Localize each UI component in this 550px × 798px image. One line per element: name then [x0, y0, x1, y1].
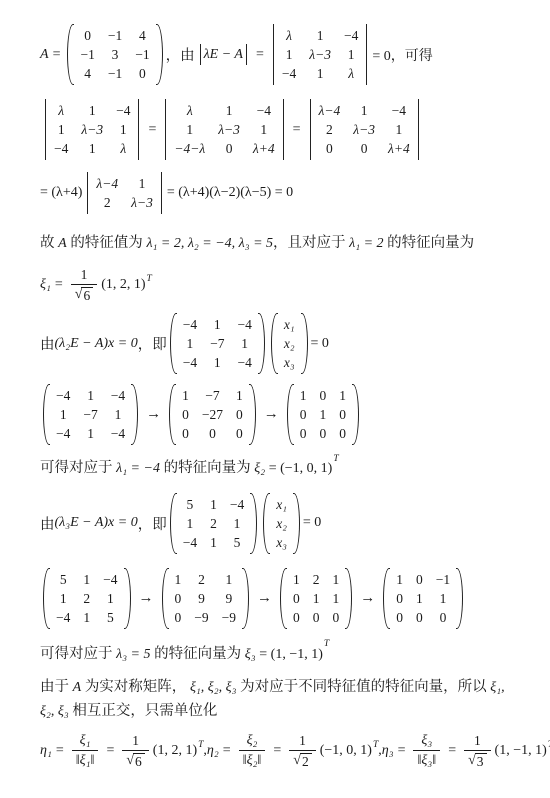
determinant-b: λ1−41λ−31−4−λ0λ+4 — [163, 99, 285, 160]
matrix-cell: −4 — [257, 101, 271, 120]
unknown-vector-x: x₁x₂x₃ — [271, 313, 308, 374]
matrix-cell: 1 — [83, 570, 90, 589]
matrix-cell: λ−4 — [96, 174, 118, 193]
var-xi1: ξ₁ — [40, 277, 51, 293]
abs-lambdaE-minus-A: λE − A — [197, 44, 250, 65]
left-paren — [43, 384, 50, 445]
reduce2-matrix-1-grid: −41−41−71−41−4 — [50, 384, 131, 445]
transpose-T: T — [333, 454, 338, 464]
reduce2-matrix-1: −41−41−71−41−4 — [43, 384, 138, 445]
matrix-cell: 0 — [326, 139, 333, 158]
determinant-1: λ1−41λ−31−41λ — [271, 24, 369, 85]
fraction-numerator: 1 — [289, 733, 315, 751]
matrix-cell: 1 — [214, 353, 221, 372]
right-paren — [124, 568, 131, 629]
unknown-vector-x: x₁x₂x₃ — [263, 493, 300, 554]
line-rref-lambda2: −41−41−71−41−4 → 1−710−270000 → 10101000… — [40, 384, 522, 445]
matrix-cell: −1 — [436, 570, 450, 589]
fraction-xi1-over-norm: ξ₁ ‖ξ₁‖ — [72, 733, 99, 769]
transpose-T: T — [373, 740, 378, 750]
factor-prefix: = (λ+4) — [40, 185, 82, 201]
left-abs-bar — [200, 44, 201, 65]
matrix-cell: x₂ — [276, 514, 287, 533]
matrix-cell: 1 — [175, 570, 182, 589]
matrix-cell: −7 — [210, 334, 224, 353]
right-paren — [345, 568, 352, 629]
determinant-c: λ−41−42λ−3100λ+4 — [308, 99, 421, 160]
xi-list: ξ₁, ξ₂, ξ₃ — [190, 680, 237, 695]
matrix-cell: 1 — [210, 495, 217, 514]
matrix-cell: 1 — [115, 405, 122, 424]
text-ji: 即 — [152, 513, 167, 534]
matrix-cell: 2 — [104, 193, 111, 212]
matrix-cell: −7 — [205, 386, 219, 405]
line-matrix-A-and-char-eq: A = 0−14−13−14−10 ，由 λE − A = λ1−41λ−31−… — [40, 24, 522, 85]
expr-lambda3E-A-x: (λ₃E − A)x = 0 — [55, 515, 138, 531]
fraction-numerator: 1 — [71, 267, 97, 285]
matrix-cell: −4 — [56, 386, 70, 405]
var-eta1: η₁ — [40, 743, 52, 759]
equals-sign: = — [56, 743, 64, 759]
lambda1-eq-2: λ₁ = 2 — [349, 236, 383, 251]
left-det-bar — [45, 99, 46, 160]
line-factorization: = (λ+4) λ−412λ−3 = (λ+4)(λ−2)(λ−5) = 0 — [40, 172, 522, 214]
fraction-xi2-over-norm: ξ₂ ‖ξ₂‖ — [239, 733, 266, 769]
matrix-cell: −4 — [183, 353, 197, 372]
matrix-cell: λ−3 — [218, 120, 240, 139]
matrix-cell: −4 — [237, 315, 251, 334]
determinant-2x2-grid: λ−412λ−3 — [90, 172, 158, 214]
matrix-cell: 0 — [300, 405, 307, 424]
right-det-bar — [366, 24, 367, 85]
matrix-cell: 1 — [87, 386, 94, 405]
sqrt-2: √ 2 — [293, 753, 311, 769]
fraction-denominator: √ 6 — [122, 751, 148, 769]
determinant-a: λ1−41λ−31−41λ — [43, 99, 141, 160]
line-eigenvalues-text: 故 A 的特征值为 λ₁ = 2, λ₂ = −4, λ₃ = 5，且对应于 λ… — [40, 232, 522, 255]
fraction-xi3-over-norm: ξ₃ ‖ξ₃‖ — [413, 733, 440, 769]
matrix-cell: 1 — [186, 120, 193, 139]
matrix-cell: 2 — [83, 589, 90, 608]
text-you: 由 — [40, 333, 55, 354]
matrix-cell: 0 — [339, 424, 346, 443]
matrix-cell: 1 — [214, 315, 221, 334]
matrix-cell: −4 — [103, 570, 117, 589]
matrix-cell: 1 — [293, 570, 300, 589]
fraction-denominator: √ 6 — [71, 285, 97, 303]
fraction-numerator: ξ₂ — [239, 733, 266, 751]
radicand: 6 — [133, 753, 145, 769]
matrix-cell: 2 — [326, 120, 333, 139]
vector-121: (1, 2, 1) — [101, 277, 145, 293]
matrix-cell: 1 — [89, 101, 96, 120]
matrix-cell: λ−3 — [309, 45, 331, 64]
equals-sign: = — [448, 743, 456, 759]
matrix-cell: −4 — [183, 533, 197, 552]
matrix-cell: x₃ — [284, 353, 295, 372]
matrix-cell: 1 — [210, 533, 217, 552]
transpose-T: T — [147, 274, 152, 284]
left-paren — [170, 493, 177, 554]
sqrt-6: √ 6 — [126, 753, 144, 769]
matrix-cell: −4 — [111, 424, 125, 443]
right-abs-bar — [246, 44, 247, 65]
right-paren — [301, 313, 308, 374]
matrix-cell: −27 — [202, 405, 223, 424]
matrix-cell: λ — [286, 26, 292, 45]
left-det-bar — [310, 99, 311, 160]
matrix-cell: 0 — [182, 405, 189, 424]
fraction-numerator: 1 — [122, 733, 148, 751]
matrix-cell: 2 — [313, 570, 320, 589]
unknown-vector-x-grid: x₁x₂x₃ — [270, 493, 293, 554]
determinant-2x2: λ−412λ−3 — [85, 172, 163, 214]
fraction-one-over-sqrt3: 1 √ 3 — [464, 733, 490, 769]
right-det-bar — [161, 172, 162, 214]
reduce3-matrix-3-grid: 121011000 — [287, 568, 345, 629]
equals-sign: = — [273, 743, 281, 759]
arrow-icon: → — [360, 590, 375, 607]
reduce2-matrix-2: 1−710−270000 — [169, 384, 256, 445]
text-distinct-eigenvalues: 为对应于不同特征值的特征向量，所以 — [237, 679, 491, 695]
fraction-numerator: 1 — [464, 733, 490, 751]
right-paren — [249, 384, 256, 445]
matrix-cell: 1 — [87, 424, 94, 443]
matrix-cell: 1 — [339, 386, 346, 405]
var-xi3: ξ₃ — [245, 647, 256, 662]
eta3-expression: η₃ = ξ₃ ‖ξ₃‖ = 1 √ 3 (1, −1, 1)T — [382, 733, 550, 769]
matrix-cell: x₁ — [276, 495, 287, 514]
equals-sign: = — [293, 122, 301, 138]
right-paren — [258, 313, 265, 374]
matrix-cell: 0 — [361, 139, 368, 158]
matrix-cell: 0 — [396, 608, 403, 627]
equals-sign: = — [55, 277, 63, 293]
matrix-cell: 1 — [396, 570, 403, 589]
fraction-one-over-sqrt6: 1 √ 6 — [71, 267, 97, 303]
equals-sign: = — [53, 47, 61, 63]
right-paren — [352, 384, 359, 445]
text-kede-duiyingyu: 可得对应于 — [40, 460, 116, 476]
matrix-cell: 1 — [241, 334, 248, 353]
matrix-cell: 0 — [320, 424, 327, 443]
vector-neg101: (−1, 0, 1) — [320, 743, 372, 759]
matrix-cell: 1 — [187, 514, 194, 533]
expr-lambdaE-minus-A: λE − A — [204, 47, 243, 63]
coefficient-matrix-lambda2-grid: −41−41−71−41−4 — [177, 313, 258, 374]
matrix-cell: −9 — [194, 608, 208, 627]
matrix-cell: 1 — [139, 174, 146, 193]
matrix-cell: −4 — [183, 315, 197, 334]
matrix-cell: 4 — [139, 26, 146, 45]
determinant-b-grid: λ1−41λ−31−4−λ0λ+4 — [168, 99, 280, 160]
matrix-cell: 3 — [112, 45, 119, 64]
text-ji: 即 — [152, 333, 167, 354]
eta2-expression: η₂ = ξ₂ ‖ξ₂‖ = 1 √ 2 (−1, 0, 1)T , — [207, 733, 382, 769]
matrix-cell: 1 — [286, 45, 293, 64]
lambda1-eq-neg4: λ₁ = −4 — [116, 461, 160, 476]
matrix-cell: 0 — [293, 608, 300, 627]
reduce2-matrix-3: 101010000 — [287, 384, 359, 445]
text-equals-zero-kede: = 0，可得 — [372, 45, 432, 65]
right-paren — [250, 493, 257, 554]
matrix-cell: 0 — [320, 386, 327, 405]
matrix-cell: −4 — [344, 26, 358, 45]
sqrt-6: √ 6 — [75, 287, 93, 303]
matrix-cell: 1 — [348, 45, 355, 64]
matrix-cell: 0 — [175, 608, 182, 627]
equals-sign: = — [148, 122, 156, 138]
matrix-cell: −1 — [108, 64, 122, 83]
matrix-cell: 1 — [440, 589, 447, 608]
line-system-lambda3: 由 (λ₃E − A)x = 0 ， 即 51−4121−415 x₁x₂x₃ … — [40, 493, 522, 554]
matrix-cell: 0 — [416, 570, 423, 589]
matrix-cell: 0 — [226, 139, 233, 158]
matrix-cell: 1 — [320, 405, 327, 424]
matrix-cell: λ−3 — [353, 120, 375, 139]
matrix-cell: 2 — [198, 570, 205, 589]
reduce3-matrix-1-grid: 51−4121−415 — [50, 568, 124, 629]
eta1-expression: η₁ = ξ₁ ‖ξ₁‖ = 1 √ 6 (1, 2, 1)T , — [40, 733, 207, 769]
matrix-cell: 1 — [107, 589, 114, 608]
var-eta2: η₂ — [207, 743, 219, 759]
left-paren — [170, 313, 177, 374]
text-eigenvalues-are: 的特征值为 — [67, 235, 147, 251]
var-A: A — [40, 47, 49, 63]
fraction-denominator: ‖ξ₃‖ — [413, 751, 440, 769]
matrix-cell: 1 — [333, 570, 340, 589]
right-paren — [293, 493, 300, 554]
matrix-cell: 1 — [226, 101, 233, 120]
matrix-cell: 0 — [416, 608, 423, 627]
matrix-cell: 0 — [209, 424, 216, 443]
left-paren — [271, 313, 278, 374]
line-orthogonal-text: 由于 A 为实对称矩阵， ξ₁, ξ₂, ξ₃ 为对应于不同特征值的特征向量，所… — [40, 676, 522, 723]
coefficient-matrix-lambda2: −41−41−71−41−4 — [170, 313, 265, 374]
vector-121: (1, 2, 1) — [153, 743, 197, 759]
matrix-cell: λ−4 — [319, 101, 341, 120]
matrix-cell: 1 — [361, 101, 368, 120]
radicand: 3 — [475, 753, 487, 769]
sqrt-3: √ 3 — [468, 753, 486, 769]
arrow-icon: → — [257, 590, 272, 607]
matrix-cell: −1 — [108, 26, 122, 45]
fraction-denominator: √ 3 — [464, 751, 490, 769]
vector-neg101: = (−1, 0, 1) — [269, 461, 333, 476]
determinant-c-grid: λ−41−42λ−3100λ+4 — [313, 99, 416, 160]
fraction-one-over-sqrt6: 1 √ 6 — [122, 733, 148, 769]
matrix-cell: −9 — [222, 608, 236, 627]
matrix-cell: 9 — [225, 589, 232, 608]
arrow-icon: → — [264, 406, 279, 423]
matrix-cell: λ+4 — [253, 139, 275, 158]
equals-zero: = 0 — [311, 336, 329, 352]
reduce3-matrix-1: 51−4121−415 — [43, 568, 131, 629]
vector-1neg11: = (1, −1, 1) — [259, 647, 323, 662]
text-comma-you: ，由 — [166, 44, 195, 65]
right-det-bar — [283, 99, 284, 160]
left-paren — [43, 568, 50, 629]
right-paren — [131, 384, 138, 445]
line-normalization: η₁ = ξ₁ ‖ξ₁‖ = 1 √ 6 (1, 2, 1)T , η₂ — [40, 733, 522, 769]
left-det-bar — [273, 24, 274, 85]
matrix-cell: 1 — [58, 120, 65, 139]
matrix-cell: λ — [58, 101, 64, 120]
matrix-cell: 0 — [182, 424, 189, 443]
var-A: A — [58, 236, 67, 251]
left-det-bar — [87, 172, 88, 214]
matrix-cell: 1 — [317, 64, 324, 83]
matrix-cell: 1 — [225, 570, 232, 589]
matrix-cell: 5 — [60, 570, 67, 589]
matrix-cell: 1 — [317, 26, 324, 45]
line-rref-lambda3: 51−4121−415 → 1210990−9−9 → 121011000 → … — [40, 568, 522, 629]
left-paren — [280, 568, 287, 629]
matrix-cell: −4 — [282, 64, 296, 83]
matrix-cell: −4 — [111, 386, 125, 405]
reduce3-matrix-4: 10−1011000 — [383, 568, 463, 629]
matrix-cell: 1 — [60, 405, 67, 424]
line-xi2-text: 可得对应于 λ₁ = −4 的特征向量为 ξ₂ = (−1, 0, 1)T — [40, 457, 522, 480]
matrix-cell: 9 — [198, 589, 205, 608]
matrix-cell: −4 — [116, 101, 130, 120]
matrix-cell: 0 — [175, 589, 182, 608]
determinant-1-grid: λ1−41λ−31−41λ — [276, 24, 364, 85]
text-comma: ， — [138, 513, 153, 534]
line-system-lambda2: 由 (λ₂E − A)x = 0 ， 即 −41−41−71−41−4 x₁x₂… — [40, 313, 522, 374]
matrix-cell: x₃ — [276, 533, 287, 552]
equals-sign: = — [106, 743, 114, 759]
matrix-cell: −4 — [392, 101, 406, 120]
right-det-bar — [138, 99, 139, 160]
matrix-cell: −4 — [56, 608, 70, 627]
left-paren — [263, 493, 270, 554]
text-kede-duiyingyu: 可得对应于 — [40, 646, 116, 662]
matrix-cell: λ — [348, 64, 354, 83]
matrix-cell: 0 — [300, 424, 307, 443]
matrix-cell: 1 — [260, 120, 267, 139]
matrix-cell: −4−λ — [174, 139, 205, 158]
equals-sign: = — [256, 47, 264, 63]
text-symmetric-matrix: 为实对称矩阵， — [81, 679, 190, 695]
matrix-cell: 1 — [89, 139, 96, 158]
left-paren — [287, 384, 294, 445]
math-solution-document: A = 0−14−13−14−10 ，由 λE − A = λ1−41λ−31−… — [0, 0, 550, 769]
reduce2-matrix-2-grid: 1−710−270000 — [176, 384, 249, 445]
matrix-cell: 0 — [84, 26, 91, 45]
matrix-cell: 0 — [293, 589, 300, 608]
eigenvalue-list: λ₁ = 2, λ₂ = −4, λ₃ = 5 — [146, 236, 273, 251]
matrix-cell: 5 — [234, 533, 241, 552]
var-A: A — [73, 680, 82, 695]
right-paren — [456, 568, 463, 629]
matrix-cell: 0 — [333, 608, 340, 627]
matrix-cell: 0 — [236, 424, 243, 443]
reduce3-matrix-4-grid: 10−1011000 — [390, 568, 456, 629]
determinant-a-grid: λ1−41λ−31−41λ — [48, 99, 136, 160]
arrow-icon: → — [146, 406, 161, 423]
text-eigenvector-is: 的特征向量为 — [151, 646, 245, 662]
matrix-cell: 1 — [300, 386, 307, 405]
text-comma: ， — [138, 333, 153, 354]
matrix-cell: 4 — [84, 64, 91, 83]
left-paren — [383, 568, 390, 629]
matrix-cell: x₂ — [284, 334, 295, 353]
fraction-numerator: ξ₃ — [413, 733, 440, 751]
matrix-cell: 0 — [396, 589, 403, 608]
matrix-cell: 0 — [139, 64, 146, 83]
fraction-one-over-sqrt2: 1 √ 2 — [289, 733, 315, 769]
matrix-cell: λ−3 — [81, 120, 103, 139]
matrix-cell: λ — [120, 139, 126, 158]
matrix-cell: 1 — [395, 120, 402, 139]
reduce2-matrix-3-grid: 101010000 — [294, 384, 352, 445]
matrix-cell: λ — [187, 101, 193, 120]
fraction-denominator: √ 2 — [289, 751, 315, 769]
matrix-cell: 1 — [333, 589, 340, 608]
left-paren — [169, 384, 176, 445]
matrix-cell: 1 — [234, 514, 241, 533]
matrix-cell: 5 — [107, 608, 114, 627]
right-det-bar — [418, 99, 419, 160]
text-you: 由 — [40, 513, 55, 534]
expr-lambda2E-A-x: (λ₂E − A)x = 0 — [55, 336, 138, 352]
matrix-cell: λ−3 — [131, 193, 153, 212]
factorized-polynomial: = (λ+4)(λ−2)(λ−5) = 0 — [167, 185, 293, 201]
text-eigenvector-is: 的特征向量为 — [384, 235, 475, 251]
matrix-cell: −7 — [83, 405, 97, 424]
transpose-T: T — [324, 639, 329, 649]
line-xi3-text: 可得对应于 λ₃ = 5 的特征向量为 ξ₃ = (1, −1, 1)T — [40, 643, 522, 666]
matrix-cell: 0 — [440, 608, 447, 627]
matrix-cell: 1 — [182, 386, 189, 405]
matrix-cell: −4 — [54, 139, 68, 158]
unknown-vector-x-grid: x₁x₂x₃ — [278, 313, 301, 374]
matrix-cell: −1 — [80, 45, 94, 64]
reduce3-matrix-2-grid: 1210990−9−9 — [169, 568, 243, 629]
reduce3-matrix-2: 1210990−9−9 — [162, 568, 250, 629]
text-and-corresponding: ，且对应于 — [273, 235, 349, 251]
fraction-numerator: ξ₁ — [72, 733, 99, 751]
line-xi1: ξ₁ = 1 √ 6 (1, 2, 1)T — [40, 267, 522, 303]
radicand: 2 — [300, 753, 312, 769]
matrix-A: 0−14−13−14−10 — [67, 24, 162, 85]
fraction-denominator: ‖ξ₁‖ — [72, 751, 99, 769]
left-det-bar — [165, 99, 166, 160]
matrix-cell: 1 — [60, 589, 67, 608]
arrow-icon: → — [139, 590, 154, 607]
line-det-chain: λ1−41λ−31−41λ = λ1−41λ−31−4−λ0λ+4 = λ−41… — [40, 99, 522, 160]
matrix-cell: 1 — [83, 608, 90, 627]
text-orthogonal-normalize: 相互正交，只需单位化 — [69, 703, 218, 719]
var-xi2: ξ₂ — [254, 461, 265, 476]
radicand: 6 — [81, 287, 93, 303]
reduce3-matrix-3: 121011000 — [280, 568, 352, 629]
transpose-T: T — [198, 740, 203, 750]
matrix-cell: 0 — [236, 405, 243, 424]
matrix-cell: 1 — [416, 589, 423, 608]
matrix-cell: x₁ — [284, 315, 295, 334]
matrix-cell: −4 — [230, 495, 244, 514]
left-paren — [162, 568, 169, 629]
equals-zero: = 0 — [303, 515, 321, 531]
matrix-cell: 0 — [313, 608, 320, 627]
matrix-cell: 1 — [187, 334, 194, 353]
right-paren — [156, 24, 163, 85]
coefficient-matrix-lambda3: 51−4121−415 — [170, 493, 258, 554]
matrix-cell: −4 — [237, 353, 251, 372]
matrix-cell: 1 — [120, 120, 127, 139]
